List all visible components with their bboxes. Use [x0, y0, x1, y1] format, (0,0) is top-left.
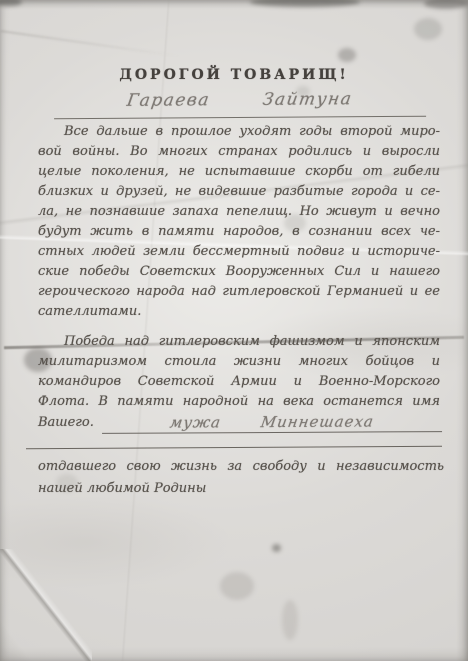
recipient-line: Гараева Зайтуна [54, 89, 426, 120]
typed-line: стных людей земли бессмертный подвиг и и… [38, 242, 440, 262]
typed-line: милитаризмом стоила жизни многих бойцов … [38, 352, 440, 372]
scanned-letter: ДОРОГОЙ ТОВАРИЩ! Гараева Зайтуна Все дал… [0, 0, 468, 661]
typed-line: Победа над гитлеровским фашизмом и японс… [38, 332, 440, 352]
paragraph-1: Все дальше в прошлое уходят годы второй … [38, 122, 440, 322]
typed-line: героического народа над гитлеровской Гер… [38, 282, 440, 302]
paragraph-2: Победа над гитлеровским фашизмом и японс… [38, 332, 440, 412]
typed-line: будут жить в памяти народов, в сознании … [38, 222, 440, 242]
typed-line: командиров Советской Армии и Военно-Морс… [38, 372, 440, 392]
letter-title: ДОРОГОЙ ТОВАРИЩ! [0, 67, 468, 83]
typed-line: близких и друзей, не видевшие разбитые г… [38, 182, 440, 202]
recipient-handwritten-name: Гараева Зайтуна [126, 89, 354, 111]
typed-line: Все дальше в прошлое уходят годы второй … [38, 122, 440, 142]
paragraph-3: отдавшего свою жизнь за свободу и незави… [38, 456, 444, 500]
deceased-handwritten-name: мужа Миннешаеха [169, 412, 376, 431]
name-fill-row: Вашего. мужа Миннешаеха [38, 413, 442, 433]
fill-label: Вашего. [38, 415, 94, 433]
typed-line: целые поколения, не испытавшие скорби от… [38, 162, 440, 182]
typed-line: сателлитами. [38, 302, 440, 322]
typed-line: ские победы Советских Вооруженных Сил и … [38, 262, 440, 282]
typed-line: вой войны. Во многих странах родились и … [38, 142, 440, 162]
typed-line: нашей любимой Родины [38, 478, 444, 500]
typed-line: Флота. В памяти народной на века останет… [38, 392, 440, 412]
typed-line: отдавшего свою жизнь за свободу и незави… [38, 456, 444, 478]
signature-line: мужа Миннешаеха [102, 412, 442, 434]
typed-line: ла, не познавшие запаха пепелищ. Но живу… [38, 202, 440, 222]
